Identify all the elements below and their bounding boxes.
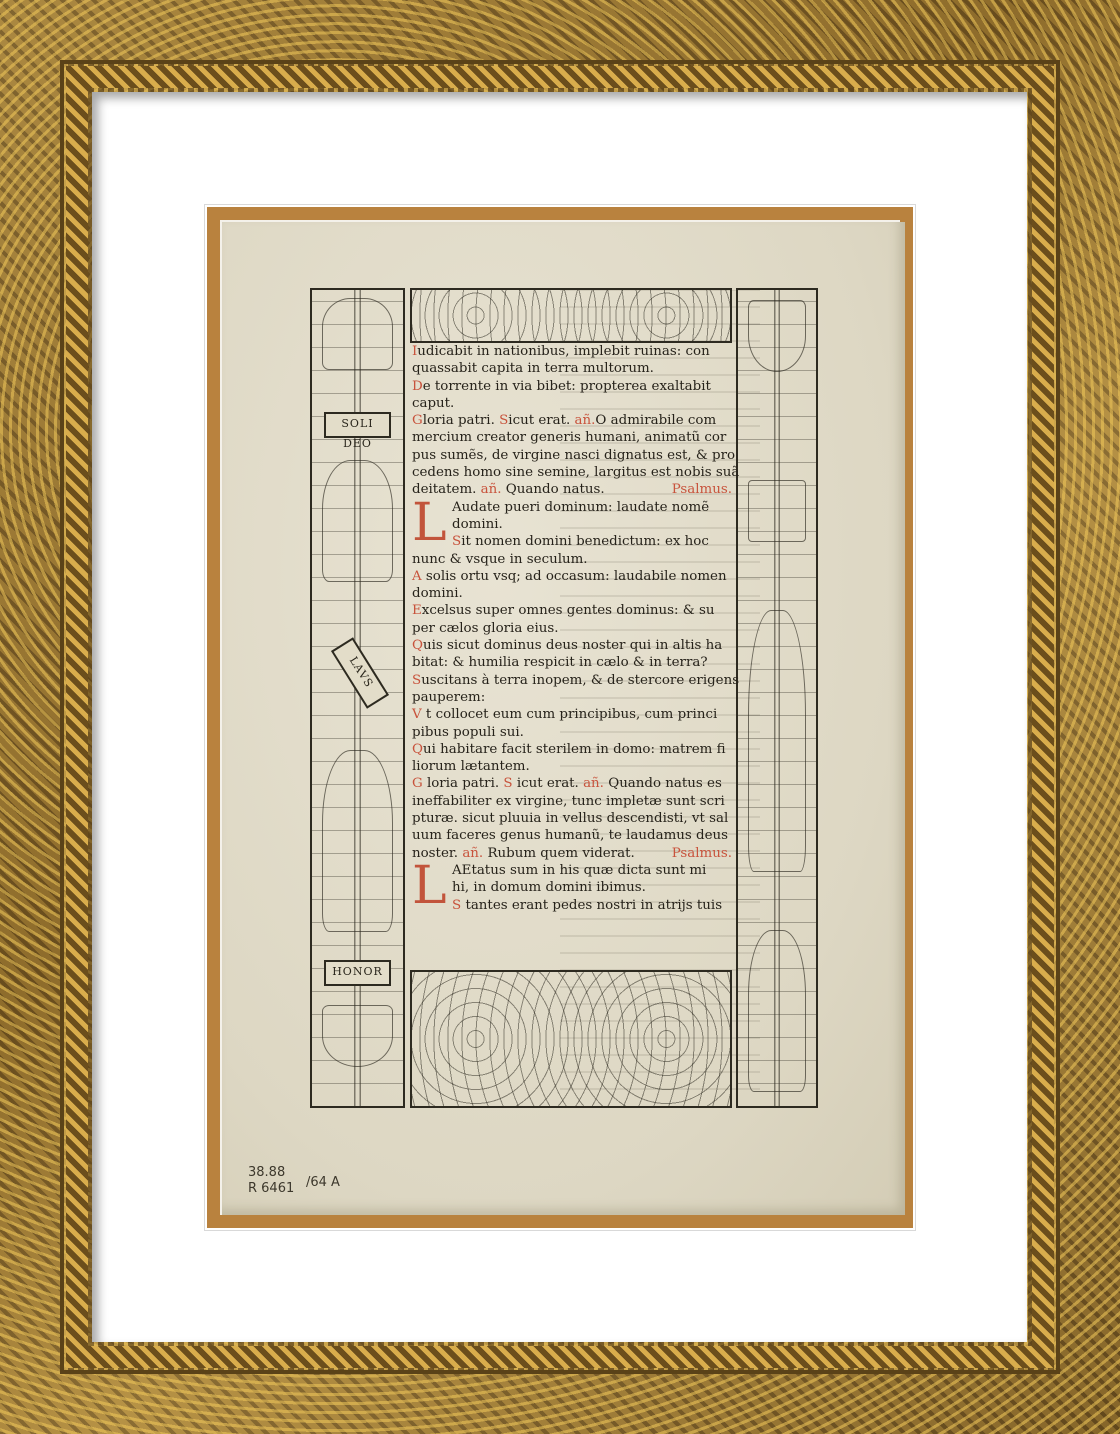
inscription-suffix: /64 A: [306, 1175, 340, 1191]
line-text: pauperem:: [412, 690, 485, 705]
text-line: noster. añ. Rubum quem viderat.Psalmus.: [412, 845, 732, 862]
text-line: ineffabiliter ex virgine, tunc impletæ s…: [412, 793, 732, 810]
text-line: Quis sicut dominus deus noster qui in al…: [412, 637, 732, 654]
rubric-initial: E: [412, 603, 422, 618]
text-line: domini.: [412, 516, 732, 533]
antiphon-mark: añ.: [583, 776, 604, 791]
text-line: AEtatus sum in his quæ dicta sunt mi: [412, 862, 732, 879]
tablet-laus: LAVS: [331, 637, 389, 708]
rubric-initial: G: [412, 776, 423, 791]
text-line: Sit nomen domini benedictum: ex hoc: [412, 533, 732, 550]
text-line: caput.: [412, 395, 732, 412]
left-border-column: SOLI DEO LAVS HONOR: [310, 288, 405, 1108]
text-line: A solis ortu vsq; ad occasum: laudabile …: [412, 568, 732, 585]
line-text: tantes erant pedes nostri in atrijs tuis: [461, 898, 722, 913]
text-line: G loria patri. S icut erat. añ. Quando n…: [412, 775, 732, 792]
red-initial-L: L: [412, 497, 447, 549]
text-line: Iudicabit in nationibus, implebit ruinas…: [412, 343, 732, 360]
line-text: icut erat.: [513, 776, 584, 791]
line-text: pus sumẽs, de virgine nasci dignatus est…: [412, 448, 735, 463]
psalm-block-1: L Audate pueri dominum: laudate nomẽ dom…: [412, 499, 732, 551]
line-text: quassabit capita in terra multorum.: [412, 361, 654, 376]
line-text: ui habitare facit sterilem in domo: matr…: [423, 742, 726, 757]
antiphon-mark: añ.: [481, 482, 502, 497]
line-text: Quando natus es: [604, 776, 722, 791]
rubric-initial: S: [499, 413, 508, 428]
scroll-ornament: [322, 460, 393, 582]
text-line: deitatem. añ. Quando natus.Psalmus.: [412, 481, 732, 498]
rubric-initial: V: [412, 707, 422, 722]
line-text: uum faceres genus humanũ, te laudamus de…: [412, 828, 728, 843]
bottom-foliate-band-with-arms: [410, 970, 732, 1108]
text-line: Audate pueri dominum: laudate nomẽ: [412, 499, 732, 516]
line-text: nunc & vsque in seculum.: [412, 552, 588, 567]
text-line: domini.: [412, 585, 732, 602]
text-line: mercium creator generis humani, animatũ …: [412, 429, 732, 446]
text-line: pauperem:: [412, 689, 732, 706]
urn-ornament: [322, 1005, 393, 1067]
text-line: cedens homo sine semine, largitus est no…: [412, 464, 732, 481]
rubric-initial: S: [452, 534, 461, 549]
antiphon-mark: añ.: [462, 846, 483, 861]
line-text: mercium creator generis humani, animatũ …: [412, 430, 726, 445]
text-line: uum faceres genus humanũ, te laudamus de…: [412, 827, 732, 844]
inscription-line-2: R 6461: [248, 1181, 294, 1197]
leaf-ornament: [748, 930, 806, 1092]
line-text: bitat: & humilia respicit in cælo & in t…: [412, 655, 708, 670]
rubric-initial: Q: [412, 742, 423, 757]
rubric-initial: G: [412, 413, 423, 428]
line-text: AEtatus sum in his quæ dicta sunt mi: [452, 863, 706, 878]
pencil-inscription: 38.88 R 6461 /64 A: [248, 1165, 294, 1197]
text-line: per cælos gloria eius.: [412, 620, 732, 637]
line-text: t collocet eum cum principibus, cum prin…: [422, 707, 718, 722]
line-text: xcelsus super omnes gentes dominus: & su: [422, 603, 715, 618]
text-line: liorum lætantem.: [412, 758, 732, 775]
line-text: loria patri.: [423, 413, 499, 428]
line-text: ineffabiliter ex virgine, tunc impletæ s…: [412, 794, 725, 809]
rubric-initial: Q: [412, 638, 423, 653]
line-text: solis ortu vsq; ad occasum: laudabile no…: [422, 569, 727, 584]
text-line: V t collocet eum cum principibus, cum pr…: [412, 706, 732, 723]
coat-of-arms-ornament: [322, 298, 393, 370]
text-line: pturæ. sicut pluuia in vellus descendist…: [412, 810, 732, 827]
rubric-initial: S: [412, 673, 421, 688]
line-text: cedens homo sine semine, largitus est no…: [412, 465, 739, 480]
line-text: uscitans à terra inopem, & de stercore e…: [421, 673, 739, 688]
line-text: pturæ. sicut pluuia in vellus descendist…: [412, 811, 728, 826]
line-text: per cælos gloria eius.: [412, 621, 559, 636]
line-text: Quando natus.: [502, 482, 605, 497]
line-text: e torrente in via bibet: propterea exalt…: [423, 379, 711, 394]
right-border-column: [736, 288, 818, 1108]
scroll-ornament: [322, 750, 393, 932]
rubric-initial: D: [412, 379, 423, 394]
line-text: hi, in domum domini ibimus.: [452, 880, 646, 895]
psalmus-rubric: Psalmus.: [672, 845, 732, 862]
line-text: domini.: [412, 586, 463, 601]
line-text: Rubum quem viderat.: [483, 846, 635, 861]
foliage-ornament: [748, 610, 806, 872]
vase-ornament: [748, 300, 806, 372]
text-line: nunc & vsque in seculum.: [412, 551, 732, 568]
column-capital-ornament: [748, 480, 806, 542]
inscription-line-1: 38.88: [248, 1165, 294, 1181]
line-text: Audate pueri dominum: laudate nomẽ: [452, 500, 709, 515]
text-line: bitat: & humilia respicit in cælo & in t…: [412, 654, 732, 671]
line-text: uis sicut dominus deus noster qui in alt…: [423, 638, 722, 653]
line-text: domini.: [452, 517, 503, 532]
line-text: caput.: [412, 396, 454, 411]
text-line: De torrente in via bibet: propterea exal…: [412, 378, 732, 395]
rubric-initial: S: [503, 776, 512, 791]
rubric-initial: S: [452, 898, 461, 913]
line-text: it nomen domini benedictum: ex hoc: [461, 534, 709, 549]
line-text: O admirabile com: [595, 413, 716, 428]
line-text: udicabit in nationibus, implebit ruinas:…: [417, 344, 709, 359]
top-foliate-band: [410, 288, 732, 343]
line-text: liorum lætantem.: [412, 759, 530, 774]
text-line: hi, in domum domini ibimus.: [412, 879, 732, 896]
line-text: loria patri.: [423, 776, 504, 791]
line-text: pibus populi sui.: [412, 725, 524, 740]
tablet-soli-deo: SOLI DEO: [324, 412, 391, 438]
red-initial-L: L: [412, 860, 447, 912]
text-line: Gloria patri. Sicut erat. añ.O admirabil…: [412, 412, 732, 429]
text-line: pibus populi sui.: [412, 724, 732, 741]
text-line: Suscitans à terra inopem, & de stercore …: [412, 672, 732, 689]
text-line: pus sumẽs, de virgine nasci dignatus est…: [412, 447, 732, 464]
text-line: Qui habitare facit sterilem in domo: mat…: [412, 741, 732, 758]
psalmus-rubric: Psalmus.: [672, 481, 732, 498]
rubric-initial: A: [412, 569, 422, 584]
line-text: icut erat.: [508, 413, 574, 428]
tablet-honor: HONOR: [324, 960, 391, 986]
antiphon-mark: añ.: [575, 413, 596, 428]
text-line: Excelsus super omnes gentes dominus: & s…: [412, 602, 732, 619]
text-line: quassabit capita in terra multorum.: [412, 360, 732, 377]
text-line: S tantes erant pedes nostri in atrijs tu…: [412, 897, 732, 914]
text-block: Iudicabit in nationibus, implebit ruinas…: [412, 343, 732, 914]
psalm-block-2: L AEtatus sum in his quæ dicta sunt mi h…: [412, 862, 732, 914]
